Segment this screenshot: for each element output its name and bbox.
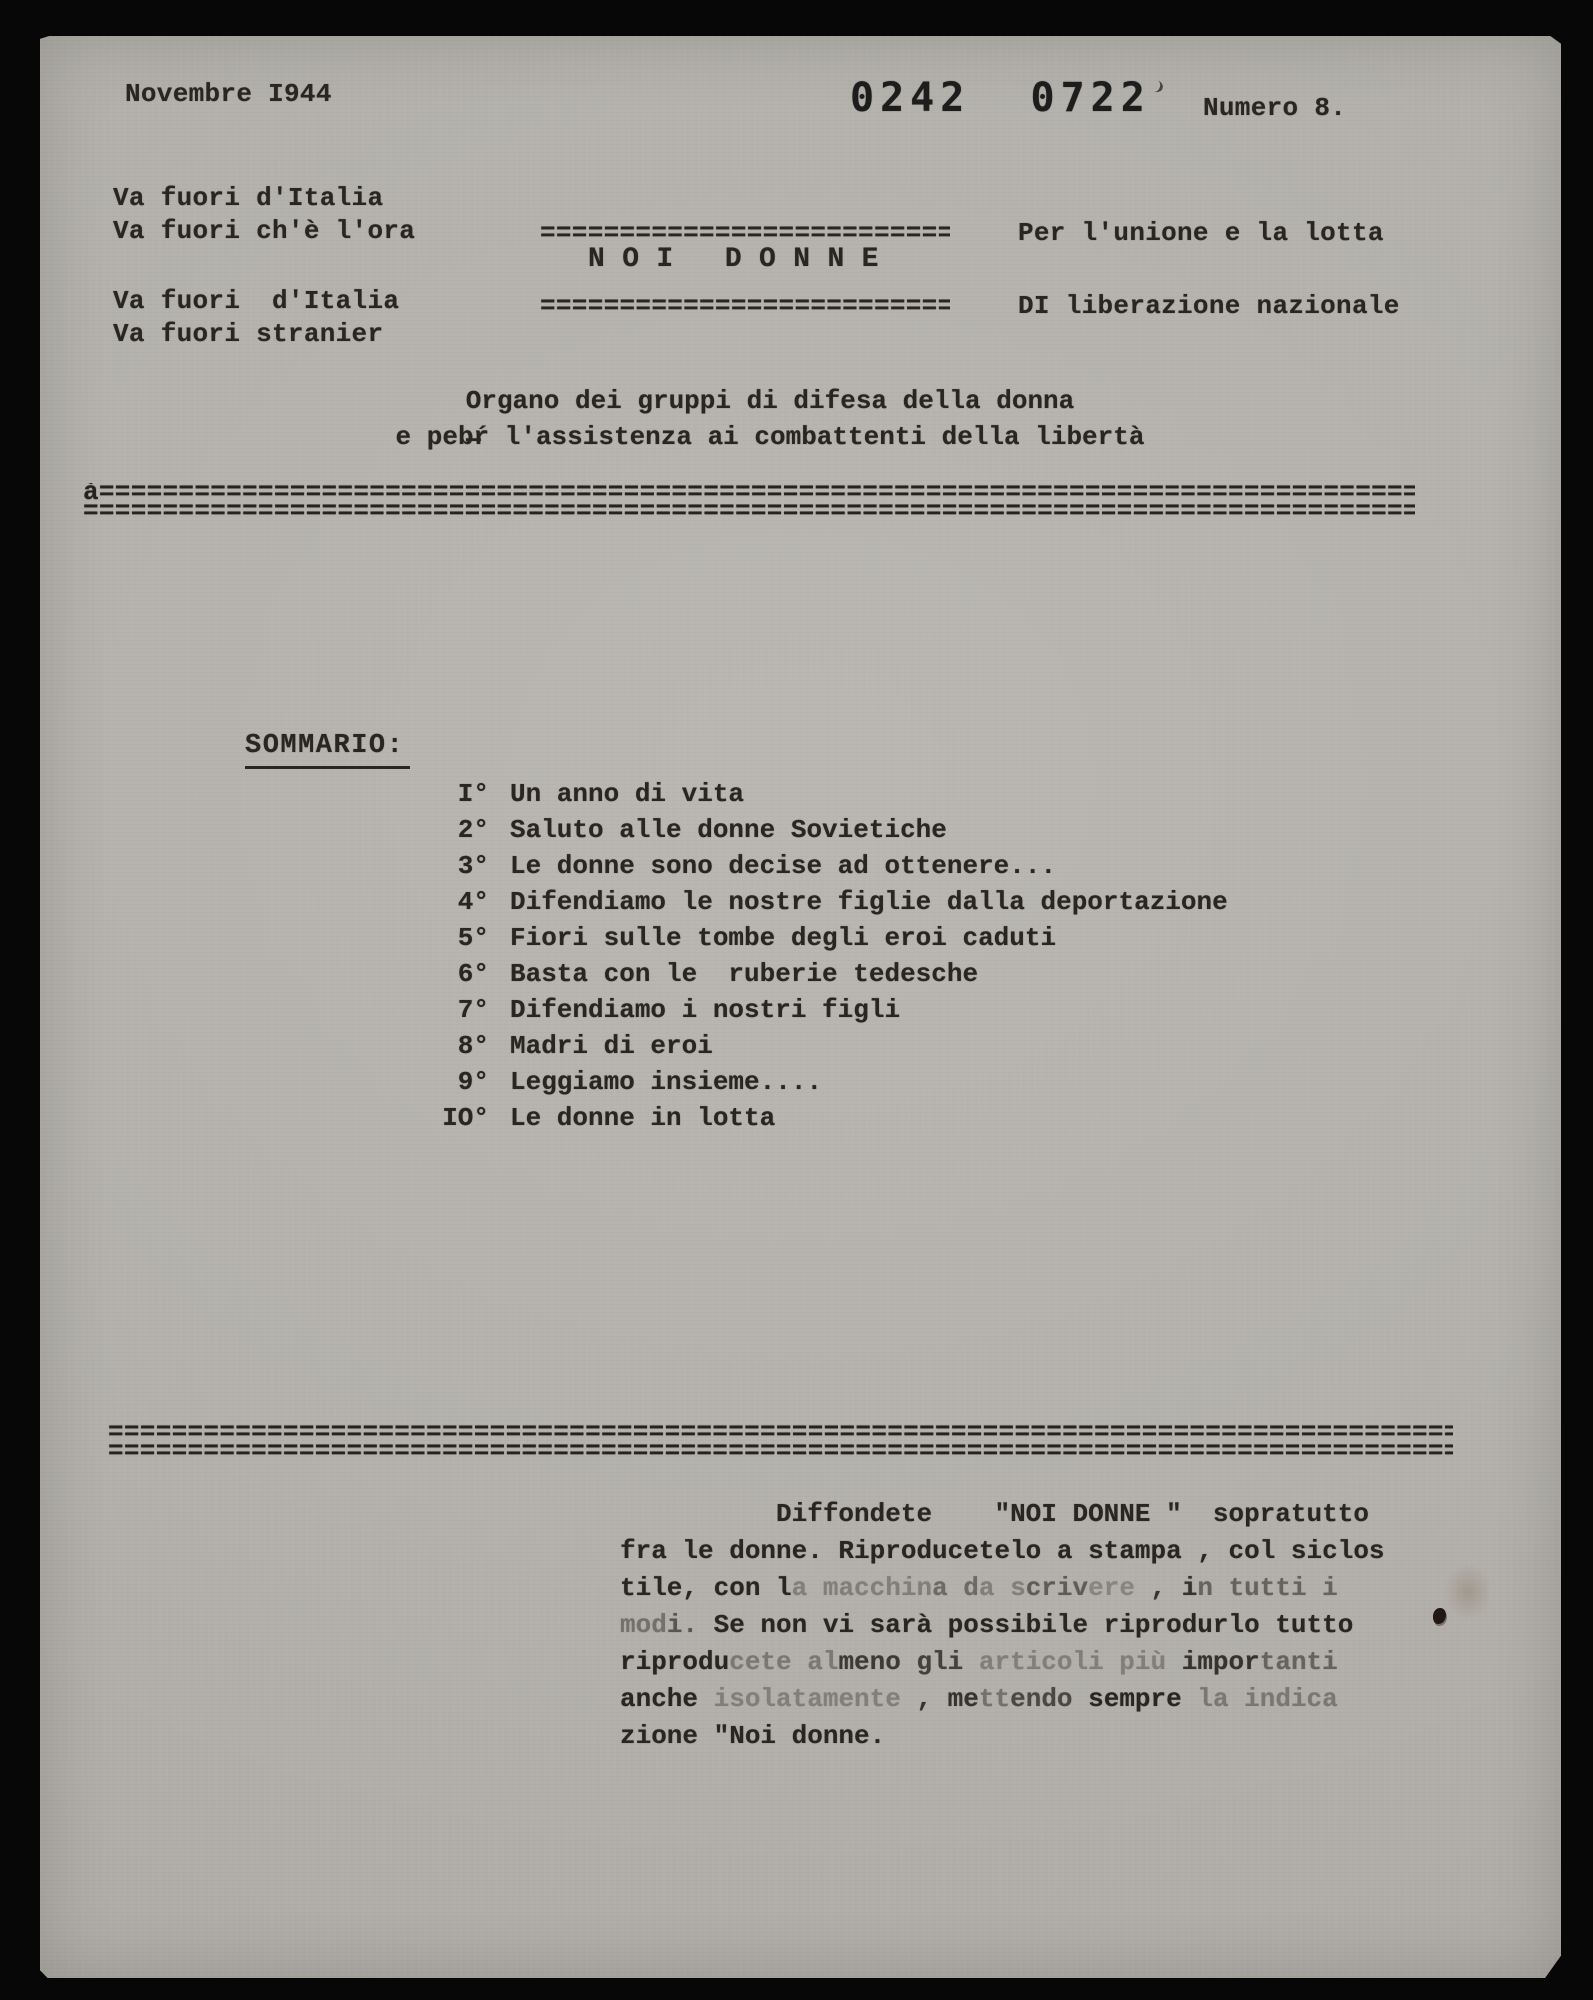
notice-line: modi. Se non vi sarà possibile riprodurl… <box>620 1607 1385 1644</box>
masthead-subtitle: Organo dei gruppi di difesa della donna … <box>40 383 1500 455</box>
slogan-left-line-3: Va fuori d'Italia <box>113 285 399 318</box>
subtitle-line-1: Organo dei gruppi di difesa della donna <box>40 383 1500 419</box>
sommario-item: 9°Leggiamo insieme.... <box>425 1064 1228 1100</box>
paper-sheet: Novembre I944 0242 0722 Numero 8. Va fuo… <box>40 36 1561 1978</box>
issue-date: Novembre I944 <box>125 78 332 111</box>
scanned-document-page: { "header": { "date": "Novembre I944", "… <box>0 0 1593 2000</box>
sommario-item: 3°Le donne sono decise ad ottenere... <box>425 848 1228 884</box>
notice-segment: a s <box>979 1573 1026 1603</box>
notice-segment: zione "Noi donne. <box>620 1721 885 1751</box>
item-title: Saluto alle donne Sovietiche <box>510 815 947 845</box>
notice-segment: riprodu <box>620 1647 729 1677</box>
ink-blot <box>1433 1608 1446 1624</box>
notice-segment: fra le donne. Riproducetelo a stampa , c… <box>620 1536 1385 1566</box>
archive-stamp-number: 0242 0722 <box>850 76 1151 120</box>
notice-segment: sempre <box>1088 1684 1197 1714</box>
notice-segment: impor <box>1182 1647 1260 1677</box>
notice-segment: articoli più <box>979 1647 1182 1677</box>
sommario-item: 2°Saluto alle donne Sovietiche <box>425 812 1228 848</box>
notice-segment: , me <box>916 1684 978 1714</box>
notice-segment: a d <box>932 1573 979 1603</box>
notice-segment: ere <box>1088 1573 1135 1603</box>
notice-segment: criv <box>1026 1573 1088 1603</box>
slogan-left-line-2: Va fuori ch'è l'ora <box>113 215 415 248</box>
notice-segment: meno <box>838 1647 916 1677</box>
masthead-title: N O I D O N N E <box>588 243 879 276</box>
divider-bottom-row-1: ========================================… <box>108 1423 1453 1442</box>
masthead-rule-bottom: ========================== <box>540 290 950 323</box>
divider-top-row-2: ========================================… <box>83 502 1415 521</box>
notice-line: anche isolatamente , mettendo sempre la … <box>620 1681 1385 1718</box>
notice-line: tile, con la macchina da scrivere , in t… <box>620 1570 1385 1607</box>
notice-segment: a macchin <box>792 1573 932 1603</box>
item-title: Difendiamo i nostri figli <box>510 995 900 1025</box>
notice-paragraph: Diffondete "NOI DONNE " sopratuttofra le… <box>620 1496 1385 1755</box>
item-title: Madri di eroi <box>510 1031 713 1061</box>
sommario-item: 6°Basta con le ruberie tedesche <box>425 956 1228 992</box>
item-title: Difendiamo le nostre figlie dalla deport… <box>510 887 1228 917</box>
notice-segment: tanti <box>1260 1647 1338 1677</box>
sommario-heading: SOMMARIO: <box>245 731 410 769</box>
item-title: Le donne in lotta <box>510 1103 775 1133</box>
sommario-item: I°Un anno di vita <box>425 776 1228 812</box>
notice-segment: anche <box>620 1684 714 1714</box>
sommario-item: 8°Madri di eroi <box>425 1028 1228 1064</box>
notice-segment: n tutti i <box>1197 1573 1337 1603</box>
item-number: 3° <box>425 848 489 884</box>
item-title: Leggiamo insieme.... <box>510 1067 822 1097</box>
divider-top-row-1: à=======================================… <box>83 483 1415 502</box>
item-number: 8° <box>425 1028 489 1064</box>
item-title: Fiori sulle tombe degli eroi caduti <box>510 923 1056 953</box>
item-number: I° <box>425 776 489 812</box>
sommario-item: 4°Difendiamo le nostre figlie dalla depo… <box>425 884 1228 920</box>
stain <box>1444 1564 1492 1620</box>
notice-segment: endo <box>1010 1684 1088 1714</box>
divider-top: à=======================================… <box>83 483 1415 521</box>
notice-line: zione "Noi donne. <box>620 1718 1385 1755</box>
notice-segment: i. <box>667 1610 714 1640</box>
sommario-item: 5°Fiori sulle tombe degli eroi caduti <box>425 920 1228 956</box>
item-number: 5° <box>425 920 489 956</box>
item-number: 9° <box>425 1064 489 1100</box>
sommario-item: IO°Le donne in lotta <box>425 1100 1228 1136</box>
notice-segment: tile, con l <box>620 1573 792 1603</box>
notice-segment: la indica <box>1197 1684 1337 1714</box>
notice-segment: isolatamente <box>714 1684 917 1714</box>
item-title: Basta con le ruberie tedesche <box>510 959 978 989</box>
item-number: 4° <box>425 884 489 920</box>
issue-number: Numero 8. <box>1203 92 1346 125</box>
notice-segment: mod <box>620 1610 667 1640</box>
notice-line: riproducete almeno gli articoli più impo… <box>620 1644 1385 1681</box>
slogan-left-line-1: Va fuori d'Italia <box>113 182 383 215</box>
item-number: 6° <box>425 956 489 992</box>
item-title: Le donne sono decise ad ottenere... <box>510 851 1056 881</box>
notice-segment: , i <box>1135 1573 1197 1603</box>
slogan-right-line-2: DI liberazione nazionale <box>1018 290 1400 323</box>
item-number: 2° <box>425 812 489 848</box>
divider-bottom-row-2: ========================================… <box>108 1442 1453 1461</box>
notice-segment: Se non vi sarà possibile riprodurlo tutt… <box>714 1610 1354 1640</box>
notice-segment: gli <box>916 1647 978 1677</box>
sommario-list: I°Un anno di vita2°Saluto alle donne Sov… <box>425 776 1228 1136</box>
item-number: IO° <box>425 1100 489 1136</box>
slogan-left-line-4: Va fuori stranier <box>113 318 383 351</box>
item-number: 7° <box>425 992 489 1028</box>
sommario-item: 7°Difendiamo i nostri figli <box>425 992 1228 1028</box>
notice-segment: cete al <box>729 1647 838 1677</box>
item-title: Un anno di vita <box>510 779 744 809</box>
slogan-right-line-1: Per l'unione e la lotta <box>1018 217 1384 250</box>
notice-segment: Diffondete "NOI DONNE " sopratutto <box>620 1499 1369 1529</box>
notice-segment: tt <box>979 1684 1010 1714</box>
divider-bottom: ========================================… <box>108 1423 1453 1461</box>
notice-line: Diffondete "NOI DONNE " sopratutto <box>620 1496 1385 1533</box>
subtitle-line-2: e peb̶ŕ l'assistenza ai combattenti dell… <box>40 419 1500 455</box>
notice-line: fra le donne. Riproducetelo a stampa , c… <box>620 1533 1385 1570</box>
